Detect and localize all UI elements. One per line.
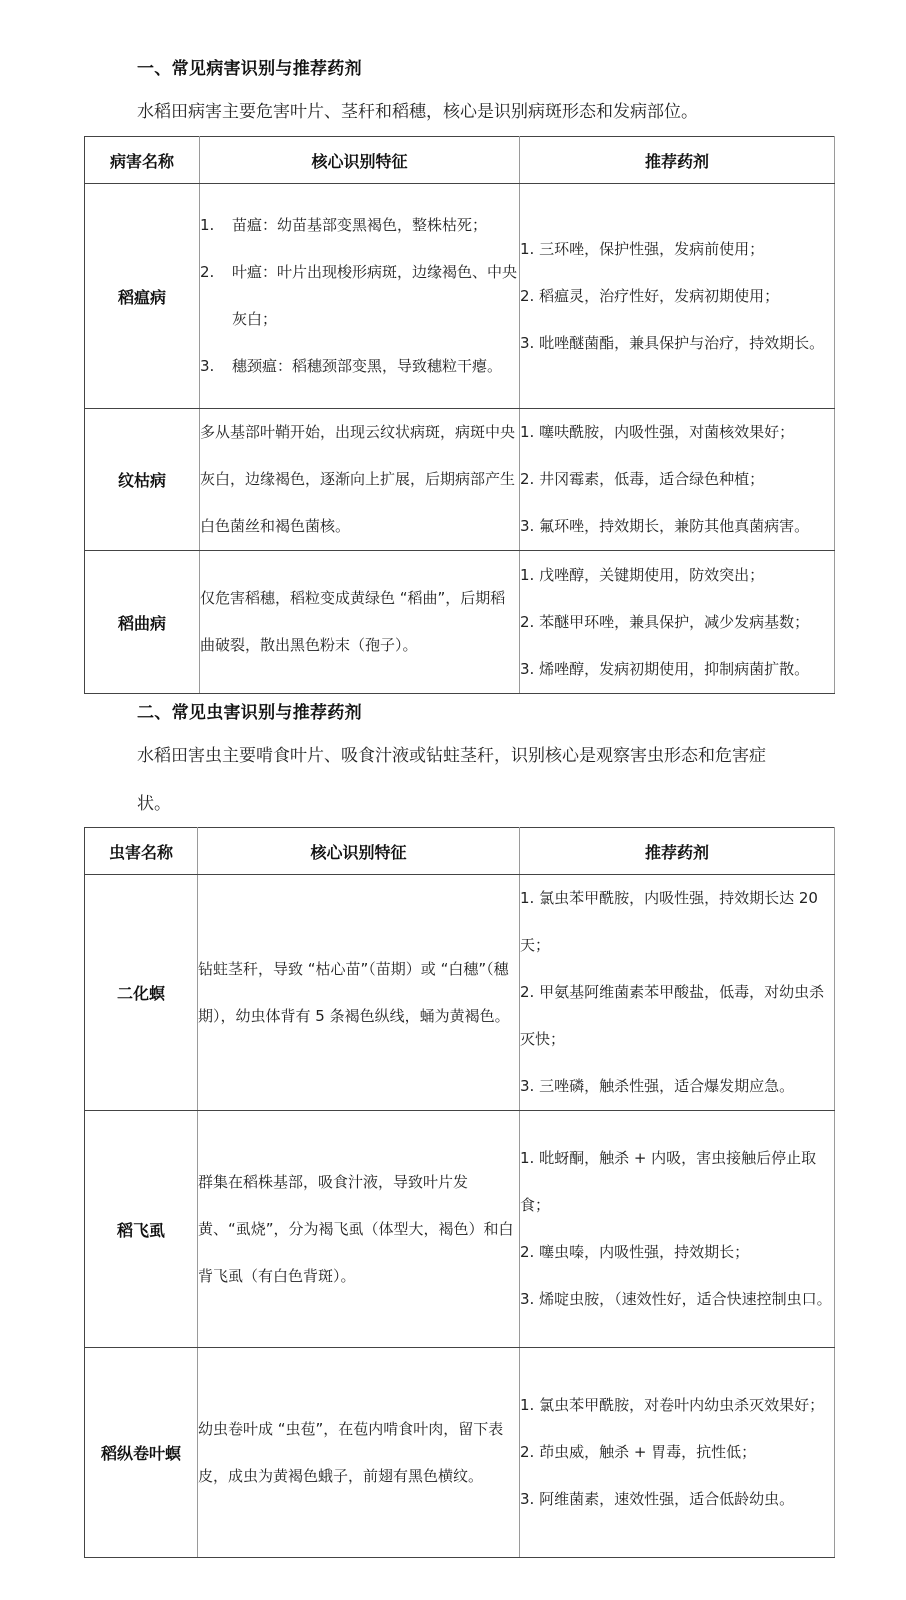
table-row: 稻飞虱 群集在稻株基部，吸食汁液，导致叶片发黄、“虱烧”，分为褐飞虱（体型大，褐…	[85, 1111, 835, 1348]
drug-item: 2. 甲氨基阿维菌素苯甲酸盐，低毒，对幼虫杀灭快；	[520, 969, 834, 1063]
drug-item: 1. 三环唑，保护性强，发病前使用；	[520, 226, 834, 273]
recommended-drugs: 1. 噻呋酰胺，内吸性强，对菌核效果好； 2. 井冈霉素，低毒，适合绿色种植； …	[520, 409, 835, 551]
column-header-name: 虫害名称	[85, 828, 198, 875]
drug-item: 3. 氟环唑，持效期长，兼防其他真菌病害。	[520, 503, 834, 550]
drug-item: 3. 烯啶虫胺，（速效性好，适合快速控制虫口。	[520, 1276, 834, 1323]
recommended-drugs: 1. 戊唑醇，关键期使用，防效突出； 2. 苯醚甲环唑，兼具保护，减少发病基数；…	[520, 551, 835, 694]
table-row: 纹枯病 多从基部叶鞘开始，出现云纹状病斑，病斑中央灰白，边缘褐色，逐渐向上扩展，…	[85, 409, 835, 551]
disease-table: 病害名称 核心识别特征 推荐药剂 稻瘟病 1.苗瘟：幼苗基部变黑褐色，整株枯死；…	[84, 136, 835, 694]
recommended-drugs: 1. 氯虫苯甲酰胺，内吸性强，持效期长达 20 天； 2. 甲氨基阿维菌素苯甲酸…	[520, 875, 835, 1111]
disease-features: 仅危害稻穗，稻粒变成黄绿色 “稻曲”，后期稻曲破裂，散出黑色粉末（孢子）。	[200, 551, 520, 694]
pest-name: 稻飞虱	[85, 1111, 198, 1348]
drug-item: 3. 烯唑醇，发病初期使用，抑制病菌扩散。	[520, 646, 834, 693]
pest-features: 群集在稻株基部，吸食汁液，导致叶片发黄、“虱烧”，分为褐飞虱（体型大，褐色）和白…	[198, 1111, 520, 1348]
feature-list: 1.苗瘟：幼苗基部变黑褐色，整株枯死； 2.叶瘟：叶片出现梭形病斑，边缘褐色、中…	[200, 202, 519, 390]
drug-item: 2. 噻虫嗪，内吸性强，持效期长；	[520, 1229, 834, 1276]
column-header-drugs: 推荐药剂	[520, 137, 835, 184]
table-row: 稻曲病 仅危害稻穗，稻粒变成黄绿色 “稻曲”，后期稻曲破裂，散出黑色粉末（孢子）…	[85, 551, 835, 694]
section-intro-pests: 水稻田害虫主要啃食叶片、吸食汁液或钻蛀茎秆，识别核心是观察害虫形态和危害症状。	[137, 732, 777, 828]
pest-name: 稻纵卷叶螟	[85, 1348, 198, 1558]
disease-features: 1.苗瘟：幼苗基部变黑褐色，整株枯死； 2.叶瘟：叶片出现梭形病斑，边缘褐色、中…	[200, 184, 520, 409]
column-header-name: 病害名称	[85, 137, 200, 184]
column-header-features: 核心识别特征	[200, 137, 520, 184]
table-row: 稻瘟病 1.苗瘟：幼苗基部变黑褐色，整株枯死； 2.叶瘟：叶片出现梭形病斑，边缘…	[85, 184, 835, 409]
drug-item: 3. 阿维菌素，速效性强，适合低龄幼虫。	[520, 1476, 834, 1523]
table-row: 稻纵卷叶螟 幼虫卷叶成 “虫苞”，在苞内啃食叶肉，留下表皮，成虫为黄褐色蛾子，前…	[85, 1348, 835, 1558]
disease-name: 纹枯病	[85, 409, 200, 551]
drug-item: 2. 井冈霉素，低毒，适合绿色种植；	[520, 456, 834, 503]
drug-item: 1. 氯虫苯甲酰胺，对卷叶内幼虫杀灭效果好；	[520, 1382, 834, 1429]
recommended-drugs: 1. 吡蚜酮，触杀 + 内吸，害虫接触后停止取食； 2. 噻虫嗪，内吸性强，持效…	[520, 1111, 835, 1348]
drug-item: 3. 三唑磷，触杀性强，适合爆发期应急。	[520, 1063, 834, 1110]
feature-item: 1.苗瘟：幼苗基部变黑褐色，整株枯死；	[200, 202, 519, 249]
feature-item: 2.叶瘟：叶片出现梭形病斑，边缘褐色、中央灰白；	[200, 249, 519, 343]
pest-features: 幼虫卷叶成 “虫苞”，在苞内啃食叶肉，留下表皮，成虫为黄褐色蛾子，前翅有黑色横纹…	[198, 1348, 520, 1558]
drug-item: 3. 吡唑醚菌酯，兼具保护与治疗，持效期长。	[520, 320, 834, 367]
table-header-row: 虫害名称 核心识别特征 推荐药剂	[85, 828, 835, 875]
pest-name: 二化螟	[85, 875, 198, 1111]
drug-item: 1. 氯虫苯甲酰胺，内吸性强，持效期长达 20 天；	[520, 875, 834, 969]
drug-item: 1. 戊唑醇，关键期使用，防效突出；	[520, 552, 834, 599]
drug-item: 1. 吡蚜酮，触杀 + 内吸，害虫接触后停止取食；	[520, 1135, 834, 1229]
pest-features: 钻蛀茎秆，导致 “枯心苗”（苗期）或 “白穗”（穗期），幼虫体背有 5 条褐色纵…	[198, 875, 520, 1111]
recommended-drugs: 1. 氯虫苯甲酰胺，对卷叶内幼虫杀灭效果好； 2. 茚虫威，触杀 + 胃毒，抗性…	[520, 1348, 835, 1558]
table-row: 二化螟 钻蛀茎秆，导致 “枯心苗”（苗期）或 “白穗”（穗期），幼虫体背有 5 …	[85, 875, 835, 1111]
section-heading-diseases: 一、常见病害识别与推荐药剂	[137, 54, 362, 79]
drug-item: 2. 茚虫威，触杀 + 胃毒，抗性低；	[520, 1429, 834, 1476]
section-intro-diseases: 水稻田病害主要危害叶片、茎秆和稻穗，核心是识别病斑形态和发病部位。	[137, 88, 777, 136]
drug-item: 1. 噻呋酰胺，内吸性强，对菌核效果好；	[520, 409, 834, 456]
pest-table: 虫害名称 核心识别特征 推荐药剂 二化螟 钻蛀茎秆，导致 “枯心苗”（苗期）或 …	[84, 827, 835, 1558]
column-header-drugs: 推荐药剂	[520, 828, 835, 875]
column-header-features: 核心识别特征	[198, 828, 520, 875]
section-heading-pests: 二、常见虫害识别与推荐药剂	[137, 698, 362, 723]
table-header-row: 病害名称 核心识别特征 推荐药剂	[85, 137, 835, 184]
disease-features: 多从基部叶鞘开始，出现云纹状病斑，病斑中央灰白，边缘褐色，逐渐向上扩展，后期病部…	[200, 409, 520, 551]
disease-name: 稻瘟病	[85, 184, 200, 409]
disease-name: 稻曲病	[85, 551, 200, 694]
feature-item: 3.穗颈瘟：稻穗颈部变黑，导致穗粒干瘪。	[200, 343, 519, 390]
drug-item: 2. 稻瘟灵，治疗性好，发病初期使用；	[520, 273, 834, 320]
drug-item: 2. 苯醚甲环唑，兼具保护，减少发病基数；	[520, 599, 834, 646]
recommended-drugs: 1. 三环唑，保护性强，发病前使用； 2. 稻瘟灵，治疗性好，发病初期使用； 3…	[520, 184, 835, 409]
